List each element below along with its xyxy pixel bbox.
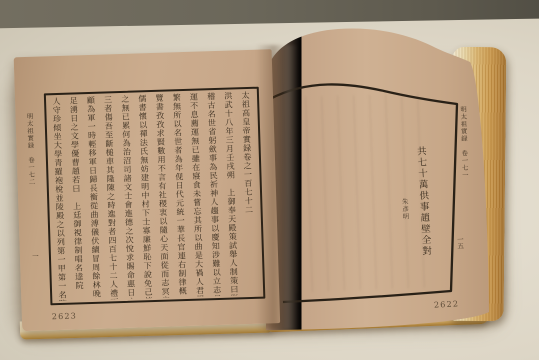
museum-photo-of-open-book: 太祖高皇帝實録卷之一百七十二洪武十八年三月壬戌朔 上御奉天殿策試舉人制策曰朕稽古… <box>0 0 539 360</box>
left-page: 太祖高皇帝實録卷之一百七十二洪武十八年三月壬戌朔 上御奉天殿策試舉人制策曰朕稽古… <box>14 49 280 331</box>
left-page-text-frame: 太祖高皇帝實録卷之一百七十二洪武十八年三月壬戌朔 上御奉天殿策試舉人制策曰朕稽古… <box>44 87 266 306</box>
right-margin-folio-number: 一五 <box>456 236 465 249</box>
left-margin-folio-number: 一 <box>31 253 40 260</box>
right-margin-volume-label: 明太祖實録 卷一七一 <box>458 106 469 179</box>
left-margin-volume-label: 明太祖實録 卷一七二 <box>24 113 38 263</box>
right-print-page-number: 2622 <box>434 299 460 309</box>
left-print-page-number: 2623 <box>52 311 77 321</box>
